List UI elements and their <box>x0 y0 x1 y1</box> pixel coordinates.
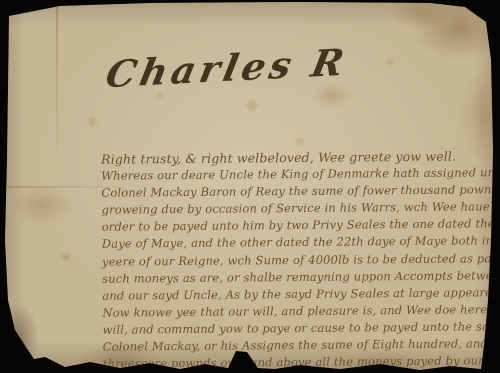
letter-line: threescore pownds over and above all the… <box>103 352 495 373</box>
manuscript-paper: Charles R Right trusty, & right welbelov… <box>0 0 500 373</box>
letter-body: Right trusty, & right welbeloved, Wee gr… <box>101 147 495 373</box>
manuscript-photo: Charles R Right trusty, & right welbelov… <box>0 0 500 373</box>
paper-crease-vertical <box>56 3 58 168</box>
